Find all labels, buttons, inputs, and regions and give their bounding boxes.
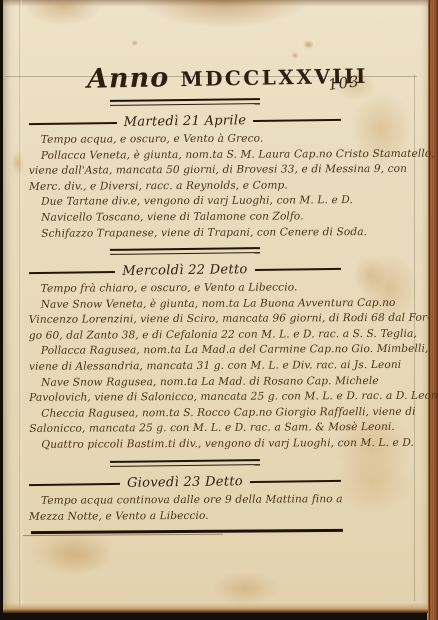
manuscript-line: viene di Alessandria, mancata 31 g. con … (29, 358, 341, 375)
manuscript-line: Navicello Toscano, viene di Talamone con… (29, 209, 341, 226)
manuscript-line: Pavolovich, viene di Salonicco, mancata … (29, 389, 341, 406)
foxing-stain (333, 455, 413, 515)
page-crease (19, 0, 23, 613)
manuscript-line: viene dall'Asta, mancata 50 giorni, di B… (29, 162, 341, 179)
journal-entry: Tempo acqua, e oscuro, e Vento à Greco.P… (29, 131, 342, 242)
manuscript-line: Schifazzo Trapanese, viene di Trapani, c… (29, 225, 341, 242)
page-bottom-edge (3, 603, 428, 613)
book-binding-edge (427, 0, 438, 620)
section-date-heading: Martedì 21 Aprile (124, 113, 247, 130)
manuscript-line: Tempo acqua, e oscuro, e Vento à Greco. (29, 131, 341, 148)
foxing-stain (11, 150, 25, 176)
section-date-row: Martedì 21 Aprile (29, 112, 341, 131)
manuscript-page: 103 Anno MDCCLXXVIII Martedì 21 Aprile T… (3, 0, 428, 613)
manuscript-line: Mezza Notte, e Vento a Libeccio. (29, 507, 341, 524)
year-word: Anno (87, 62, 170, 94)
rule-segment (29, 271, 115, 274)
manuscript-line: Due Tartane div.e, vengono di varj Luogh… (29, 194, 341, 211)
section-date-heading: Mercoldì 22 Detto (122, 262, 247, 279)
manuscript-line: Salonicco, mancata 25 g. con M. L. e D. … (29, 421, 341, 438)
manuscript-line: Vincenzo Lorenzini, viene di Sciro, manc… (29, 312, 341, 329)
section-divider (29, 460, 341, 466)
manuscript-line: Nave Snow Veneta, è giunta, nom.ta La Bu… (29, 296, 341, 313)
year-heading-row: Anno MDCCLXXVIII (29, 53, 342, 94)
section-date-row: Mercoldì 22 Detto (29, 261, 341, 280)
rule-segment (250, 479, 341, 482)
rule-segment (29, 482, 120, 485)
rule-segment (29, 121, 117, 124)
foxing-stain (43, 538, 113, 574)
section-date-row: Giovedì 23 Detto (29, 473, 341, 492)
manuscript-line: Quattro piccoli Bastim.ti div., vengono … (29, 436, 341, 453)
foxing-stain (353, 255, 387, 295)
manuscript-line: Pollacca Ragusea, nom.ta La Mad.a del Ca… (29, 343, 341, 360)
manuscript-line: Nave Snow Ragusea, nom.ta La Mad. di Ros… (29, 374, 341, 391)
book-photograph: 103 Anno MDCCLXXVIII Martedì 21 Aprile T… (0, 0, 438, 620)
section-date-heading: Giovedì 23 Detto (127, 474, 243, 491)
entry-closing-rule (31, 529, 343, 534)
manuscript-line: Tempo frà chiaro, e oscuro, e Vento a Li… (29, 280, 341, 297)
manuscript-line: Checcia Ragusea, nom.ta S. Rocco Cap.no … (29, 405, 341, 422)
manuscript-line: go 60, dal Zanto 38, e di Cefalonia 22 c… (29, 327, 341, 344)
journal-entry: Tempo acqua continova dalle ore 9 della … (29, 492, 341, 525)
manuscript-content: Anno MDCCLXXVIII Martedì 21 Aprile Tempo… (29, 0, 341, 532)
journal-entry: Tempo frà chiaro, e oscuro, e Vento a Li… (29, 280, 342, 453)
heading-underline-rule (110, 98, 260, 106)
year-heading: Anno MDCCLXXVIII (87, 53, 342, 95)
manuscript-line: Merc. div., e Diversi, racc. a Reynolds,… (29, 178, 341, 195)
rule-segment (255, 267, 341, 270)
manuscript-line: Pollacca Veneta, è giunta, nom.ta S. M. … (29, 147, 341, 164)
section-divider (29, 248, 341, 254)
section-divider-rule (110, 459, 260, 467)
rule-segment (253, 118, 341, 121)
year-numerals: MDCCLXXVIII (180, 64, 368, 91)
manuscript-line: Tempo acqua continova dalle ore 9 della … (29, 492, 341, 509)
section-divider-rule (110, 247, 260, 255)
